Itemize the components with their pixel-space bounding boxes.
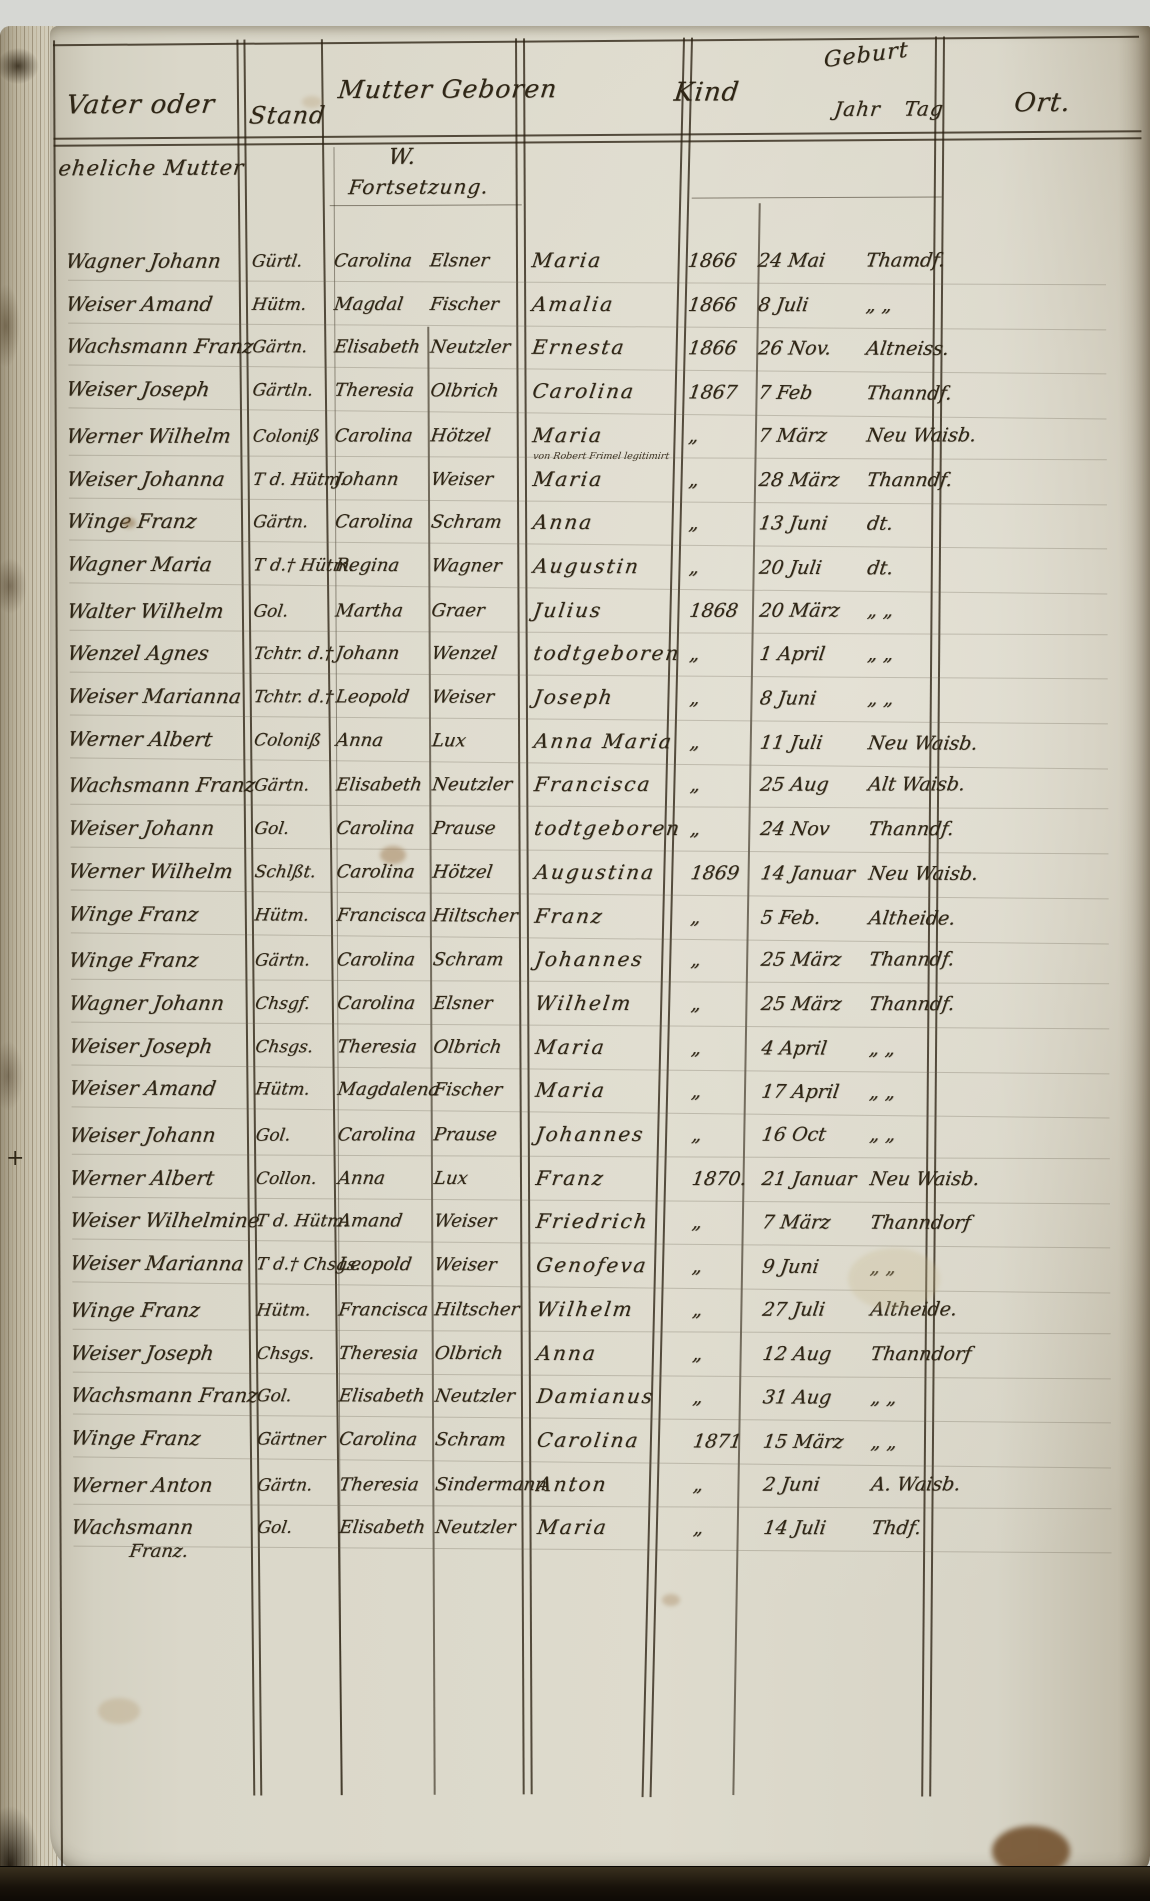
cell-child: Julius	[532, 598, 604, 622]
cell-day: 25 Aug	[759, 774, 830, 796]
cell-day: 11 Juli	[759, 731, 824, 753]
cell-stand: Gärtn.	[251, 338, 309, 358]
cell-child: Maria	[534, 1034, 608, 1058]
child-legitimation-note: von Robert Frimel legitimirt	[532, 451, 703, 461]
cell-stand: Schlßt.	[253, 862, 317, 882]
register-row: WachsmannFranz.Gol.ElisabethNeutzlerMari…	[60, 1511, 1146, 1555]
cell-day: 8 Juni	[758, 687, 817, 709]
cell-year: „	[689, 906, 702, 928]
cell-stand: Gärtln.	[251, 381, 314, 401]
register-row: Weiser MariannaT d.† Chsgs.LeopoldWeiser…	[58, 1247, 1144, 1296]
paper-stain	[302, 96, 322, 108]
cell-mother-surname: Schram	[430, 512, 503, 533]
cell-mother-surname: Hötzel	[429, 425, 492, 446]
cell-child: Carolina	[535, 1428, 641, 1452]
cell-mother-given: Elisabeth	[337, 1386, 426, 1407]
col-header-born-day: Tag	[903, 96, 945, 120]
cell-child: Damianus	[535, 1384, 656, 1408]
cell-father: Winge Franz	[67, 948, 200, 972]
cell-year: „	[688, 643, 701, 665]
cell-mother-surname: Lux	[431, 730, 468, 751]
photographed-register-page: Vater oder eheliche Mutter Stand Mutter …	[0, 0, 1150, 1901]
cell-mother-surname: Weiser	[433, 1211, 498, 1232]
cell-mother-surname: Graer	[430, 600, 486, 621]
register-row: Wagner MariaT d.† Hütm.ReginaWagnerAugus…	[55, 547, 1141, 596]
cell-mother-surname: Sindermann	[434, 1474, 548, 1495]
cell-child: Friedrich	[535, 1209, 651, 1233]
cell-father: Weiser Johann	[68, 1123, 217, 1147]
register-row: Werner AlbertColonißAnnaLuxAnna Maria„11…	[56, 722, 1142, 771]
cell-stand: Gol.	[252, 601, 289, 621]
cell-stand: Tchtr. d.†	[252, 644, 334, 664]
cell-mother-surname: Fischer	[432, 1080, 503, 1101]
cell-place: Altheide.	[867, 907, 957, 929]
cell-child: Franz	[533, 903, 605, 927]
cell-year: „	[689, 731, 702, 753]
cell-mother-surname: Elsner	[432, 993, 494, 1014]
cell-stand: Gol.	[253, 819, 290, 839]
cell-mother-given: Amand	[337, 1211, 404, 1232]
cell-stand: Gärtner	[256, 1429, 327, 1449]
cell-child: Genofeva	[535, 1253, 650, 1277]
cell-child: Ernesta	[531, 335, 628, 359]
cell-mother-surname: Elsner	[429, 250, 491, 271]
col-subheader-mother: eheliche Mutter	[57, 156, 245, 181]
cell-place: „ „	[870, 1431, 899, 1453]
cell-mother-surname: Lux	[433, 1168, 470, 1189]
register-row: Weiser JosephGärtln.TheresiaOlbrichCarol…	[54, 373, 1140, 422]
cell-mother-given: Carolina	[338, 1429, 419, 1450]
cell-mother-given: Johann	[334, 643, 401, 664]
cell-stand: Gärtn.	[253, 776, 311, 796]
cell-child: Augustina	[533, 860, 657, 884]
cell-father: Weiser Joseph	[65, 377, 212, 402]
cell-year: „	[692, 1517, 705, 1539]
register-row: Weiser JohannGol.CarolinaPrauseJohannes„…	[58, 1117, 1144, 1163]
cell-father: Winge Franz	[67, 901, 200, 926]
cell-day: 21 Januar	[760, 1168, 857, 1190]
register-row: Weiser AmandHütm.MagdalenaFischerMaria„1…	[58, 1072, 1144, 1121]
register-row: Werner AntonGärtn.TheresiaSindermannAnto…	[59, 1467, 1145, 1513]
cell-place: Neu Waisb.	[865, 424, 977, 446]
cell-father: Wachsmann	[70, 1515, 195, 1539]
cell-mother-given: Theresia	[337, 1342, 419, 1363]
cell-father: Werner Albert	[66, 726, 214, 751]
table-area: Vater oder eheliche Mutter Stand Mutter …	[46, 24, 1150, 1879]
register-row: Winge FranzGärtn.CarolinaSchramJohannes„…	[57, 942, 1143, 988]
cell-day: 14 Januar	[759, 862, 856, 884]
cell-father: Wenzel Agnes	[66, 641, 210, 665]
cell-year: 1868	[688, 599, 739, 621]
register-row: Weiser WilhelmineT d. Hütm.AmandWeiserFr…	[58, 1204, 1144, 1251]
cell-mother-surname: Prause	[432, 1124, 498, 1145]
cell-day: 7 Feb	[757, 382, 814, 404]
cell-place: A. Waisb.	[870, 1473, 962, 1495]
cell-mother-given: Johann	[333, 468, 400, 489]
cell-mother-given: Theresia	[336, 1036, 418, 1057]
cell-mother-surname: Olbrich	[429, 380, 500, 401]
register-row: Wagner JohannChsgf.CarolinaElsnerWilhelm…	[57, 987, 1143, 1031]
register-row: Wenzel AgnesTchtr. d.†JohannWenzeltodtge…	[56, 637, 1142, 681]
paper-stain	[848, 1248, 940, 1310]
cell-mother-given: Elisabeth	[333, 337, 422, 358]
cell-place: „ „	[869, 1387, 898, 1409]
cell-mother-surname: Neutzler	[433, 1386, 516, 1407]
cell-place: „ „	[866, 643, 895, 665]
register-row: Weiser JohannaT d. Hütm.JohannWeiserMari…	[55, 462, 1141, 506]
cell-child: Wilhelm	[535, 1297, 635, 1321]
cell-mother-surname: Schram	[432, 949, 505, 970]
cell-day: 26 Nov.	[757, 338, 833, 360]
register-row: Wachsmann FranzGärtn.ElisabethNeutzlerEr…	[54, 330, 1140, 377]
cell-stand: Gärtn.	[254, 951, 312, 971]
cell-mother-surname: Schram	[434, 1429, 507, 1450]
cell-child: Wilhelm	[534, 991, 634, 1015]
cell-place: Thamdf.	[864, 249, 946, 271]
cell-stand: Gürtl.	[251, 252, 304, 272]
cell-day: 20 Juli	[758, 557, 823, 579]
cell-stand: Tchtr. d.†	[253, 687, 335, 707]
cell-day: 24 Mai	[756, 250, 826, 272]
cell-day: 13 Juni	[758, 513, 830, 535]
register-rows: Wagner JohannGürtl.CarolinaElsnerMaria18…	[54, 242, 1140, 247]
col-header-born: Geburt	[824, 38, 909, 73]
register-sheet: Vater oder eheliche Mutter Stand Mutter …	[50, 26, 1150, 1876]
cell-mother-surname: Hötzel	[431, 861, 494, 882]
cell-day: 14 Juli	[762, 1517, 827, 1539]
cell-child: Anna Maria	[532, 728, 674, 753]
cell-year: „	[690, 949, 703, 971]
cell-day: 12 Aug	[761, 1343, 832, 1365]
cell-year: 1870.	[690, 1168, 748, 1190]
cell-child: Maria	[536, 1515, 610, 1539]
cell-place: Thdf.	[870, 1517, 923, 1539]
register-row: Werner WilhelmSchlßt.CarolinaHötzelAugus…	[57, 854, 1143, 901]
cell-year: „	[691, 1343, 704, 1365]
cell-mother-surname: Prause	[431, 818, 497, 839]
cell-stand: Hütm.	[253, 905, 310, 925]
register-row: Wachsmann FranzGärtn.ElisabethNeutzlerFr…	[56, 767, 1142, 813]
cell-mother-surname: Weiser	[430, 687, 495, 708]
cell-day: 1 April	[758, 643, 826, 665]
register-row: Weiser JohannGol.CarolinaPrausetodtgebor…	[56, 812, 1142, 856]
cell-mother-given: Elisabeth	[335, 775, 424, 796]
cell-child: Anton	[536, 1472, 610, 1496]
cell-year: „	[691, 1212, 704, 1234]
cell-child: todtgeboren	[532, 641, 682, 665]
cell-mother-given: Leopold	[334, 686, 410, 707]
cell-place: dt.	[866, 513, 895, 535]
cell-place: „ „	[868, 1123, 897, 1145]
cell-year: 1866	[687, 338, 739, 360]
col-header-place: Ort.	[1013, 88, 1073, 118]
table-rule	[692, 197, 942, 199]
cell-year: 1866	[687, 294, 738, 316]
cell-stand: Hütm.	[251, 295, 308, 315]
cell-stand: Chsgf.	[254, 994, 311, 1014]
cell-place: Altneiss.	[865, 338, 951, 360]
cell-father: Werner Wilhelm	[67, 859, 234, 883]
register-row: Werner AlbertCollon.AnnaLuxFranz1870.21 …	[58, 1161, 1144, 1205]
cell-father: Winge Franz	[69, 1297, 202, 1321]
col-subheader-w: W.	[387, 145, 418, 170]
register-row: Winge FranzHütm.FranciscaHiltscherFranz„…	[57, 897, 1143, 946]
cell-year: „	[691, 1299, 704, 1321]
cell-place: Neu Waisb.	[867, 732, 980, 754]
cell-mother-surname: Neutzler	[434, 1517, 517, 1538]
cell-father: Weiser Marianna	[69, 1251, 246, 1276]
register-row: Weiser JosephChsgs.TheresiaOlbrichAnna„1…	[59, 1336, 1145, 1380]
cell-year: „	[688, 687, 701, 709]
cell-place: Neu Waisb.	[867, 862, 980, 884]
cell-place: Thanndf.	[867, 818, 955, 840]
book-bottom-shadow	[0, 1866, 1150, 1901]
cell-year: „	[688, 556, 701, 578]
cell-place: Neu Waisb.	[868, 1168, 980, 1190]
register-row: Walter WilhelmGol.MarthaGraerJulius18682…	[55, 593, 1141, 639]
cell-father: Wachsmann Franz	[67, 773, 257, 797]
cell-day: 9 Juni	[761, 1256, 820, 1278]
cell-stand: T d. Hütm.	[255, 1212, 350, 1232]
cell-father: Wachsmann Franz	[65, 334, 255, 358]
cell-year: „	[692, 1473, 705, 1495]
cell-mother-surname: Wenzel	[430, 643, 498, 664]
cell-mother-given: Carolina	[335, 818, 416, 839]
col-header-mother: Mutter Geboren	[337, 74, 560, 104]
cell-year: „	[690, 1124, 703, 1146]
cell-mother-given: Martha	[334, 600, 404, 621]
cell-child: Franz	[534, 1166, 606, 1190]
register-row: Weiser JosephChsgs.TheresiaOlbrichMaria„…	[57, 1029, 1143, 1076]
cell-mother-surname: Fischer	[429, 294, 500, 315]
register-row: Wachsmann FranzGol.ElisabethNeutzlerDami…	[59, 1379, 1145, 1426]
cell-child: Anna	[531, 510, 595, 534]
cell-child: Francisca	[533, 772, 654, 796]
cell-place: „ „	[868, 1037, 897, 1059]
cell-day: 25 März	[760, 949, 843, 971]
cell-day: 31 Aug	[761, 1387, 832, 1409]
cell-day: 25 März	[760, 993, 843, 1015]
cell-day: 2 Juni	[762, 1473, 821, 1495]
cell-day: 24 Nov	[759, 818, 831, 840]
cell-mother-given: Carolina	[333, 425, 414, 446]
cell-father: Wachsmann Franz	[69, 1383, 259, 1407]
register-row: Winge FranzHütm.FranciscaHiltscherWilhel…	[59, 1292, 1145, 1338]
cell-day: 7 März	[761, 1212, 832, 1234]
cell-father: Werner Anton	[70, 1472, 215, 1496]
cell-father: Weiser Johann	[67, 816, 216, 840]
cell-child: Maria	[531, 466, 605, 490]
cell-father: Weiser Johanna	[65, 466, 226, 490]
cell-stand: Gol.	[256, 1518, 293, 1538]
cell-year: 1866	[686, 250, 737, 272]
paper-stain	[122, 518, 136, 528]
cell-place: Thanndf.	[868, 949, 956, 971]
cell-place: „ „	[865, 294, 894, 316]
cell-day: 28 März	[757, 469, 840, 491]
cell-father: Walter Wilhelm	[66, 598, 225, 622]
cell-mother-given: Carolina	[336, 950, 417, 971]
cell-year: „	[691, 1256, 704, 1278]
cell-stand: Chsgs.	[255, 1343, 316, 1363]
cell-stand: Coloniß	[253, 730, 323, 750]
cell-place: dt.	[866, 557, 895, 579]
cell-day: 16 Oct	[760, 1124, 827, 1146]
cell-mother-given: Francisca	[335, 904, 427, 925]
cell-father: Werner Albert	[68, 1166, 215, 1190]
cell-year: „	[689, 774, 702, 796]
cell-year: „	[690, 1037, 703, 1059]
margin-cross-mark: +	[6, 1146, 24, 1171]
cell-year: „	[691, 1386, 704, 1408]
cell-place: Alt Waisb.	[867, 774, 967, 796]
cell-stand: Gärtn.	[256, 1475, 314, 1495]
paper-stain	[380, 846, 406, 864]
cell-father2: Franz.	[128, 1541, 190, 1562]
cell-mother-given: Francisca	[337, 1299, 429, 1320]
cell-mother-given: Carolina	[336, 1124, 417, 1145]
cell-father: Weiser Joseph	[69, 1340, 215, 1364]
cell-year: „	[687, 425, 700, 447]
cell-child: todtgeboren	[533, 816, 683, 840]
cell-stand: Chsgs.	[254, 1037, 315, 1057]
cell-child: Amalia	[531, 292, 616, 316]
cell-mother-surname: Hiltscher	[433, 1299, 521, 1320]
cell-child: Carolina	[531, 379, 637, 403]
cell-mother-given: Carolina	[334, 512, 415, 533]
cell-mother-given: Anna	[337, 1168, 387, 1189]
table-header: Vater oder eheliche Mutter Stand Mutter …	[46, 24, 1146, 29]
cell-father: Weiser Wilhelmine	[69, 1208, 262, 1232]
cell-year: 1871	[692, 1430, 744, 1452]
cell-father: Weiser Amand	[65, 292, 215, 316]
cell-father: Werner Wilhelm	[65, 423, 232, 447]
cell-stand: T d. Hütm.	[252, 469, 347, 489]
cell-day: 4 April	[760, 1037, 828, 1059]
cell-mother-given: Theresia	[333, 380, 415, 401]
cell-stand: Gol.	[256, 1386, 294, 1406]
cell-day: 7 März	[757, 424, 828, 446]
cell-mother-given: Elisabeth	[338, 1517, 427, 1538]
cell-year: „	[690, 993, 703, 1015]
cell-child: Augustin	[532, 554, 642, 578]
cell-father: Wagner Johann	[64, 249, 222, 273]
col-header-born-year: Jahr	[833, 97, 882, 121]
cell-place: Thanndf.	[865, 469, 953, 491]
cell-father: Winge Franz	[69, 1425, 202, 1450]
cell-mother-surname: Weiser	[433, 1254, 498, 1275]
cell-place: „ „	[868, 1082, 897, 1104]
cell-place: Thanndorf	[869, 1343, 973, 1365]
cell-mother-given: Leopold	[337, 1254, 413, 1275]
cell-father: Wagner Johann	[68, 991, 226, 1015]
register-row: Wagner JohannGürtl.CarolinaElsnerMaria18…	[54, 243, 1140, 289]
cell-mother-surname: Wagner	[430, 555, 503, 576]
cell-mother-surname: Weiser	[429, 468, 494, 489]
cell-mother-given: Magdalena	[336, 1079, 441, 1100]
cell-mother-surname: Olbrich	[433, 1342, 504, 1363]
cell-place: „ „	[866, 599, 895, 621]
cell-child: Anna	[535, 1340, 599, 1364]
cell-mother-given: Anna	[335, 730, 385, 751]
cell-stand: Gol.	[254, 1126, 291, 1146]
cell-child: Maria	[534, 1078, 608, 1102]
cell-year: 1869	[689, 862, 741, 884]
cell-day: 17 April	[760, 1081, 841, 1103]
cell-year: „	[690, 1081, 703, 1103]
cell-mother-given: Theresia	[338, 1474, 420, 1495]
register-row: Weiser AmandHütm.MagdalFischerAmalia1866…	[54, 288, 1140, 332]
register-row: Winge FranzGärtnerCarolinaSchramCarolina…	[59, 1421, 1145, 1470]
cell-child: Johannes	[533, 947, 645, 971]
cell-stand: Hütm.	[255, 1300, 312, 1320]
cell-day: 15 März	[762, 1431, 845, 1453]
cell-stand: Collon.	[255, 1169, 319, 1189]
paper-stain	[662, 1594, 680, 1606]
cell-child: Maria	[530, 248, 604, 272]
col-header-child: Kind	[672, 77, 741, 107]
cell-place: „ „	[866, 688, 895, 710]
cell-mother-given: Regina	[334, 555, 401, 576]
cell-stand: Coloniß	[251, 426, 320, 446]
cell-mother-given: Magdal	[333, 294, 405, 315]
cell-father: Wagner Maria	[66, 551, 214, 576]
cell-year: „	[688, 512, 701, 534]
cell-father: Weiser Amand	[68, 1076, 218, 1101]
col-subheader-fortsetzung: Fortsetzung.	[347, 174, 490, 199]
cell-mother-surname: Hiltscher	[431, 905, 519, 926]
cell-place: Thanndf.	[865, 382, 953, 404]
cell-child: Maria	[531, 423, 605, 447]
cell-mother-surname: Neutzler	[431, 775, 514, 796]
cell-place: Thanndf.	[868, 993, 956, 1015]
cell-child: Johannes	[534, 1122, 646, 1146]
cell-day: 5 Feb.	[759, 906, 822, 928]
cell-mother-given: Carolina	[333, 250, 414, 271]
cell-year: „	[689, 818, 702, 840]
cell-father: Weiser Joseph	[68, 1033, 214, 1057]
paper-stain	[98, 1698, 140, 1724]
table-rule	[330, 204, 522, 206]
cell-mother-given: Carolina	[336, 993, 417, 1014]
cell-year: „	[687, 469, 700, 491]
register-row: Weiser MariannaTchtr. d.†LeopoldWeiserJo…	[56, 680, 1142, 727]
cell-day: 8 Juli	[757, 294, 810, 316]
cell-mother-surname: Olbrich	[432, 1036, 503, 1057]
cell-year: 1867	[687, 382, 739, 404]
cell-child: Joseph	[532, 685, 615, 709]
cell-father: Weiser Marianna	[66, 684, 243, 708]
cell-mother-given: Carolina	[335, 861, 416, 882]
cell-day: 20 März	[758, 599, 841, 621]
cell-place: Thanndorf	[869, 1212, 973, 1234]
table-rule	[53, 36, 1139, 47]
cell-stand: Gärtn.	[252, 512, 310, 532]
col-header-father: Vater oder	[65, 90, 217, 121]
cell-mother-surname: Neutzler	[429, 337, 512, 358]
register-row: Winge FranzGärtn.CarolinaSchramAnna„13 J…	[55, 505, 1141, 552]
cell-day: 27 Juli	[761, 1298, 826, 1320]
cell-stand: Hütm.	[254, 1080, 311, 1100]
